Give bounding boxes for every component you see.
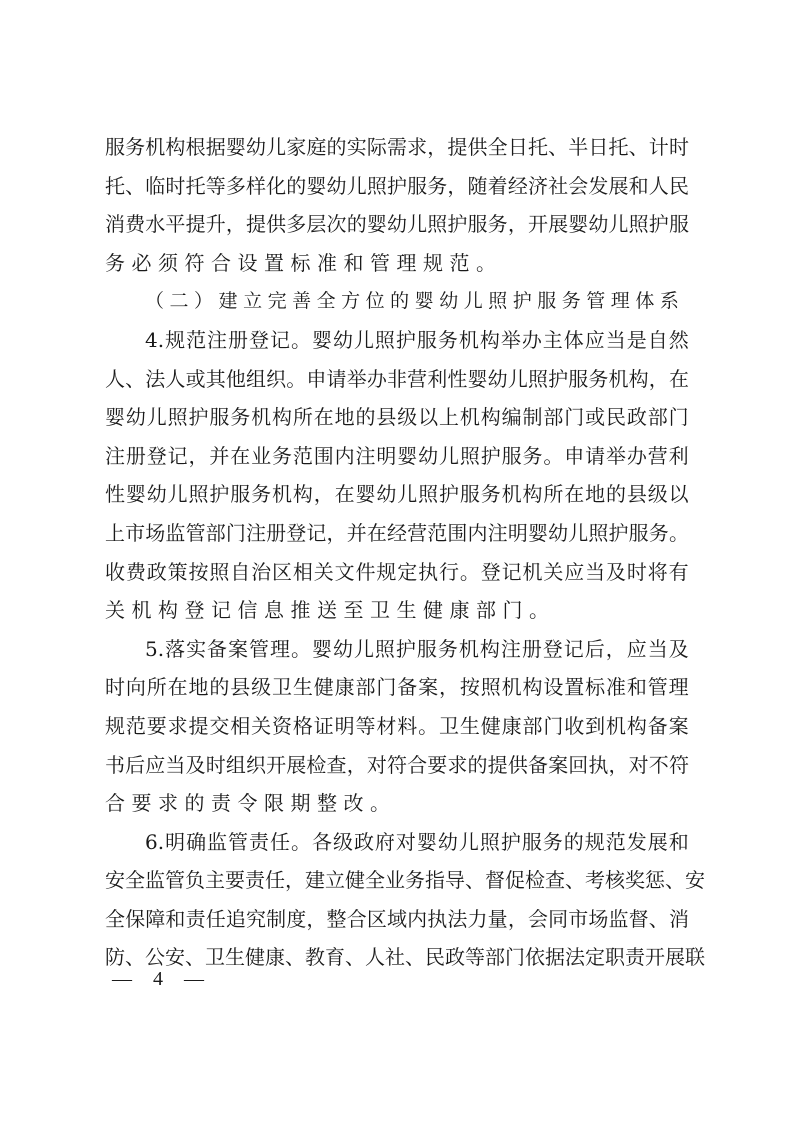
text-line: 服务机构根据婴幼儿家庭的实际需求，提供全日托、半日托、计时 — [105, 128, 689, 167]
text-line: 全保障和责任追究制度，整合区域内执法力量，会同市场监督、消 — [105, 900, 689, 939]
text-line: 婴幼儿照护服务机构所在地的县级以上机构编制部门或民政部门 — [105, 398, 689, 437]
text-line: 上市场监管部门注册登记，并在经营范围内注明婴幼儿照护服务。 — [105, 514, 689, 553]
text-line: 合要求的责令限期整改。 — [105, 784, 689, 823]
text-line: 关机构登记信息推送至卫生健康部门。 — [105, 591, 689, 630]
text-line: 人、法人或其他组织。申请举办非营利性婴幼儿照护服务机构，在 — [105, 360, 689, 399]
text-line: 消费水平提升，提供多层次的婴幼儿照护服务，开展婴幼儿照护服 — [105, 205, 689, 244]
text-line: 5.落实备案管理。婴幼儿照护服务机构注册登记后，应当及 — [105, 630, 689, 669]
text-line: 时向所在地的县级卫生健康部门备案，按照机构设置标准和管理 — [105, 668, 689, 707]
text-line: 安全监管负主要责任，建立健全业务指导、督促检查、考核奖惩、安 — [105, 861, 689, 900]
page-number: — 4 — — [112, 968, 212, 991]
text-line: 务必须符合设置标准和管理规范。 — [105, 244, 689, 283]
text-line: 6.明确监管责任。各级政府对婴幼儿照护服务的规范发展和 — [105, 823, 689, 862]
text-line: 托、临时托等多样化的婴幼儿照护服务，随着经济社会发展和人民 — [105, 167, 689, 206]
section-heading: （二）建立完善全方位的婴幼儿照护服务管理体系 — [105, 282, 689, 321]
document-page-body: 服务机构根据婴幼儿家庭的实际需求，提供全日托、半日托、计时托、临时托等多样化的婴… — [105, 128, 689, 977]
text-line: 注册登记，并在业务范围内注明婴幼儿照护服务。申请举办营利 — [105, 437, 689, 476]
text-line: 书后应当及时组织开展检查，对符合要求的提供备案回执，对不符 — [105, 746, 689, 785]
text-line: 性婴幼儿照护服务机构，在婴幼儿照护服务机构所在地的县级以 — [105, 475, 689, 514]
text-line: 4.规范注册登记。婴幼儿照护服务机构举办主体应当是自然 — [105, 321, 689, 360]
text-line: 规范要求提交相关资格证明等材料。卫生健康部门收到机构备案 — [105, 707, 689, 746]
text-line: 收费政策按照自治区相关文件规定执行。登记机关应当及时将有 — [105, 553, 689, 592]
